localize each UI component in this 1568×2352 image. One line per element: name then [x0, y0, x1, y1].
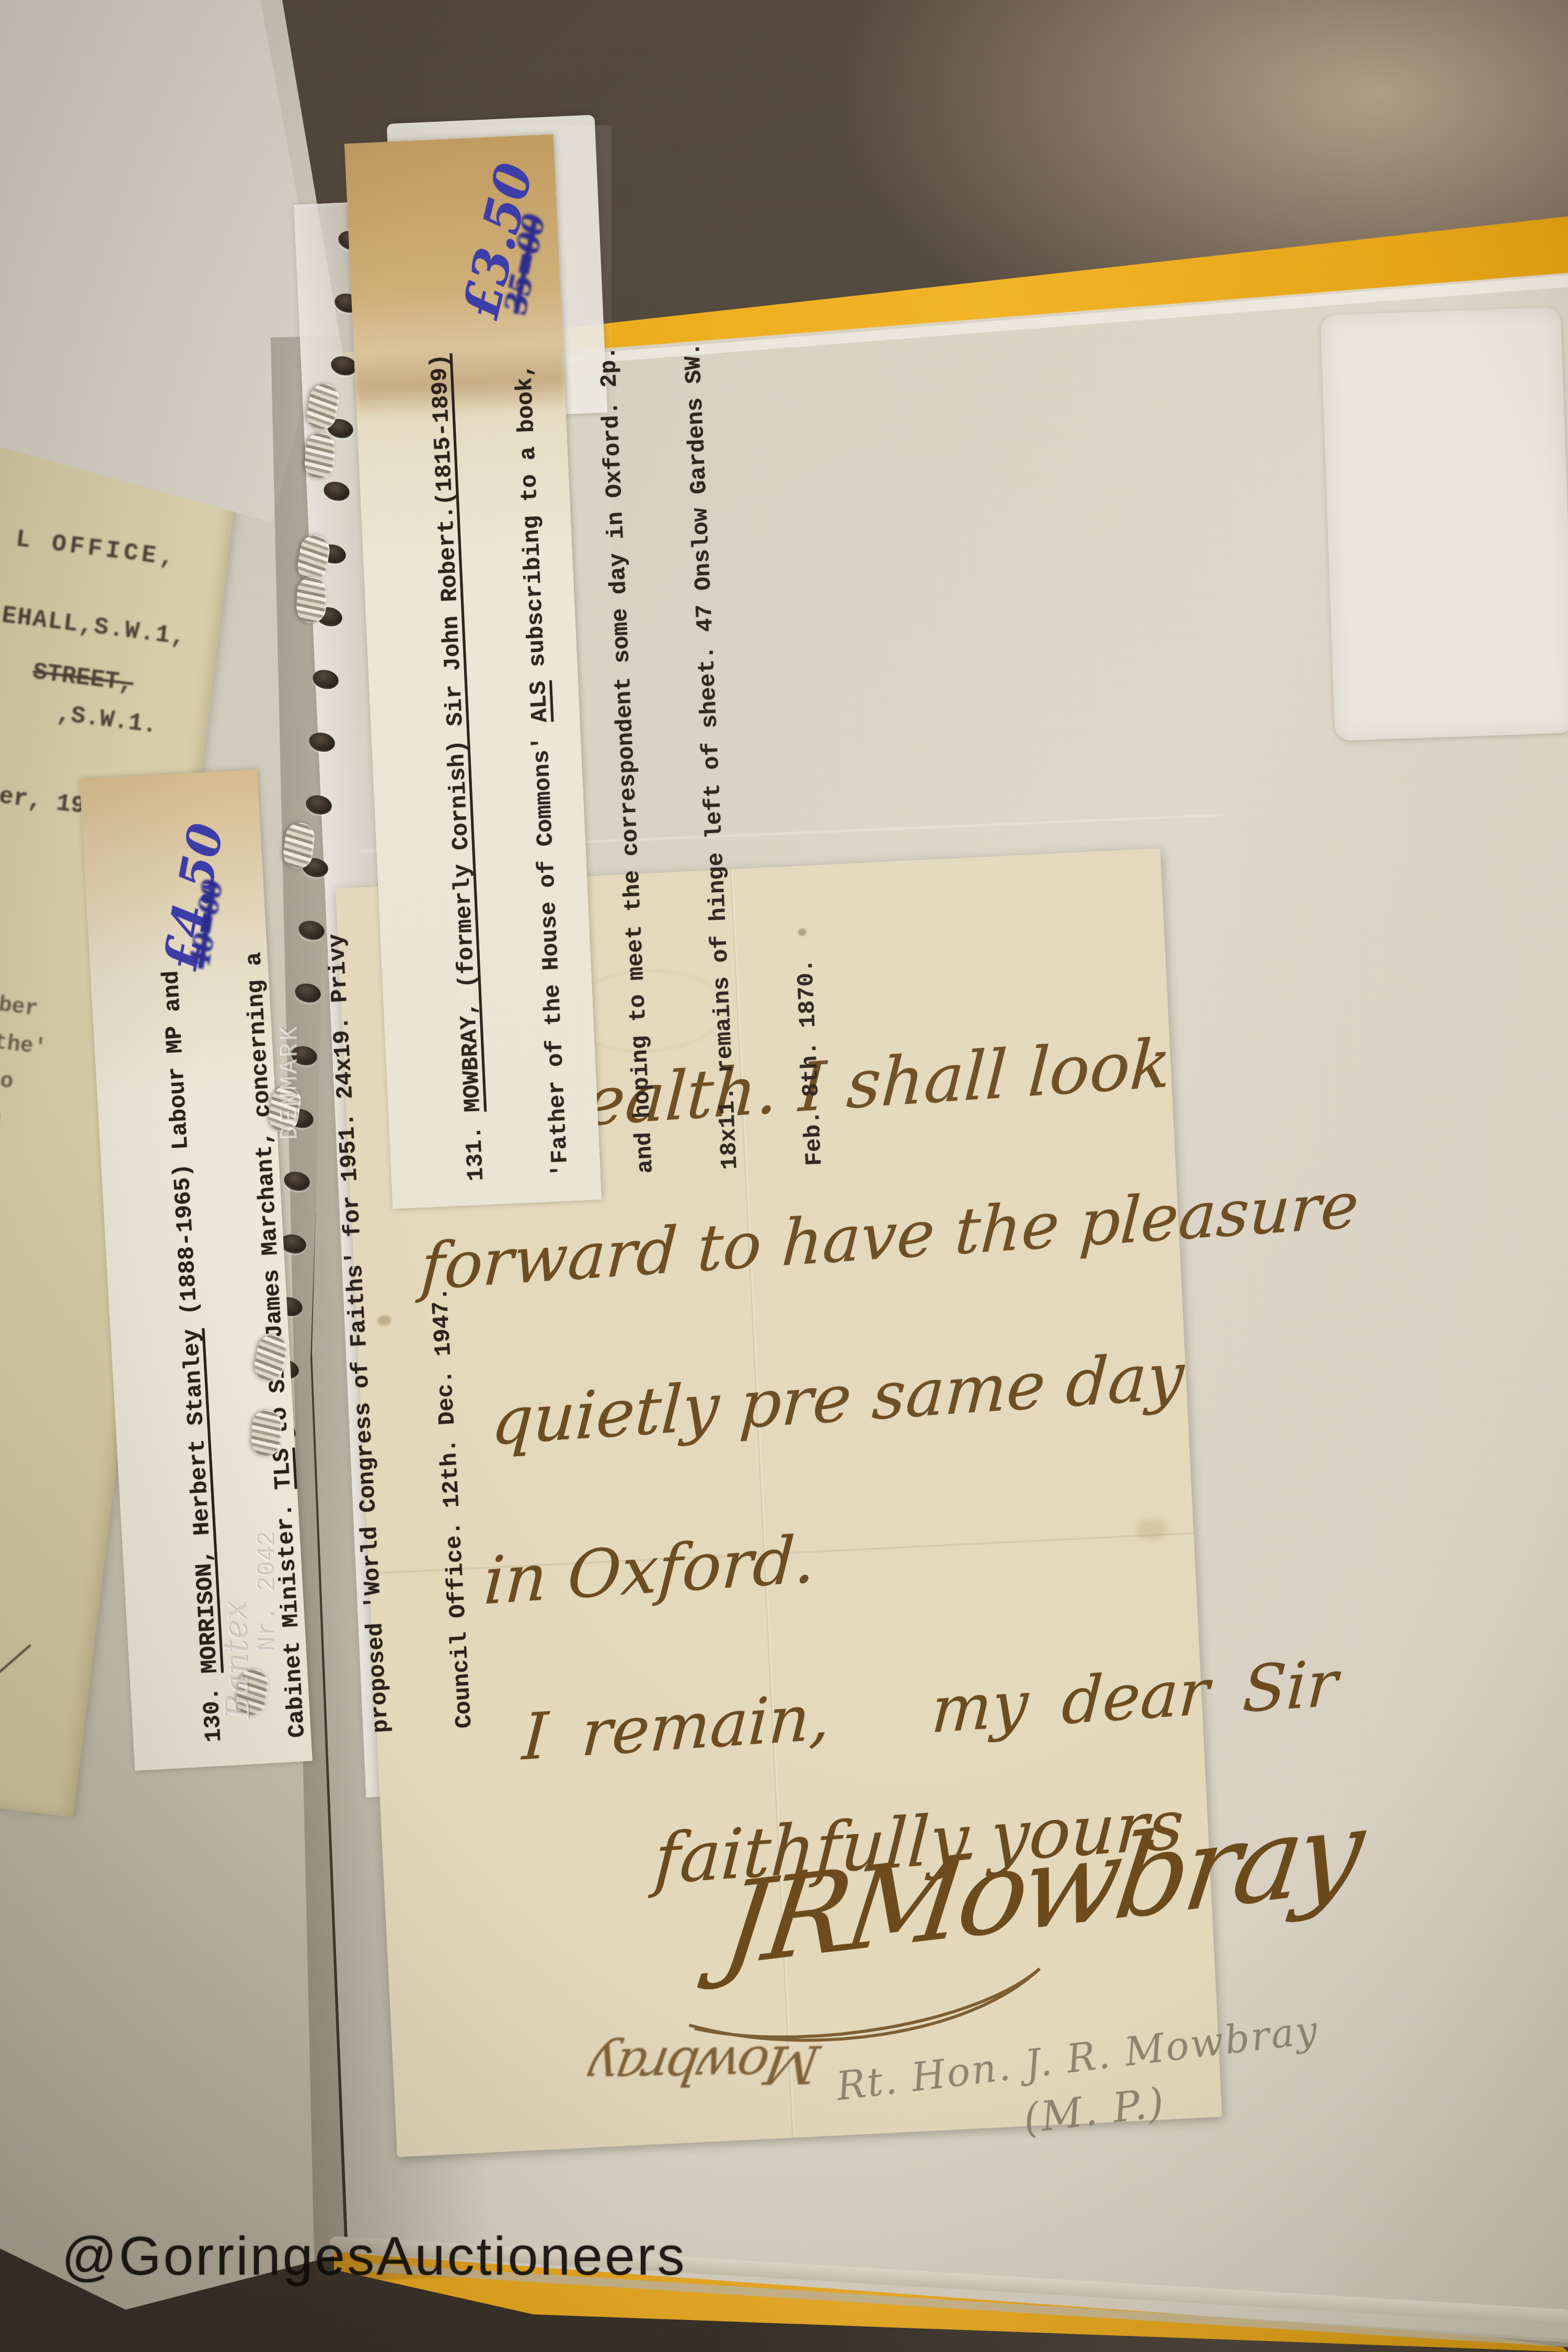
- ink-signature-stroke: [0, 1644, 31, 1786]
- body-fragment: mber: [0, 990, 40, 1022]
- letterhead-fragment: L OFFICE,: [14, 526, 179, 573]
- body-fragment: d the': [0, 1027, 48, 1061]
- body-fragment: re to: [0, 1062, 15, 1094]
- watermark: @GorringesAuctioneers: [62, 2226, 686, 2288]
- sleeve-embossing-model: Nr. 2042: [253, 1527, 280, 1652]
- label-line: 18x11. remains of hinge left of sheet. 4…: [670, 128, 750, 1170]
- label-line: Feb. 8th. 1870.: [755, 124, 834, 1167]
- inverted-ink-scribble: Mowbray: [587, 2033, 824, 2097]
- letterhead-fragment: EHALL,S.W.1,: [1, 602, 188, 652]
- auction-photo-scene: L OFFICE, EHALL,S.W.1, STREET, ,S.W.1. b…: [0, 0, 1568, 2352]
- letterhead-fragment: ,S.W.1.: [55, 700, 158, 740]
- label-als: ALS: [526, 681, 554, 723]
- label-line: Council Office. 12th. Dec. 1947.: [398, 760, 483, 1729]
- handwriting-line: quietly pre same day: [489, 1338, 1186, 1460]
- letterhead-struck-fragment: STREET,: [31, 659, 135, 698]
- label-line: 'Father of the House of Commons': [528, 722, 574, 1178]
- label-line: proposed 'World Congress of Faiths' for …: [315, 765, 400, 1734]
- sleeve-embossing-brand: Bantex: [215, 1599, 256, 1720]
- sleeve-embossing-country: DENMARK: [277, 1009, 303, 1139]
- binder-clip: [304, 432, 336, 480]
- binder-clip: [296, 577, 327, 624]
- label-line: (1888-1965) Labour MP and: [158, 970, 204, 1330]
- stain-spot: [1135, 1518, 1168, 1541]
- blank-sticker: [1320, 307, 1568, 741]
- body-fragment: ition: [0, 1098, 3, 1131]
- label-line: subscribing to a book,: [511, 363, 551, 682]
- label-line: and hoping to meet the correspondent som…: [585, 131, 665, 1174]
- binder-clip: [251, 1410, 283, 1457]
